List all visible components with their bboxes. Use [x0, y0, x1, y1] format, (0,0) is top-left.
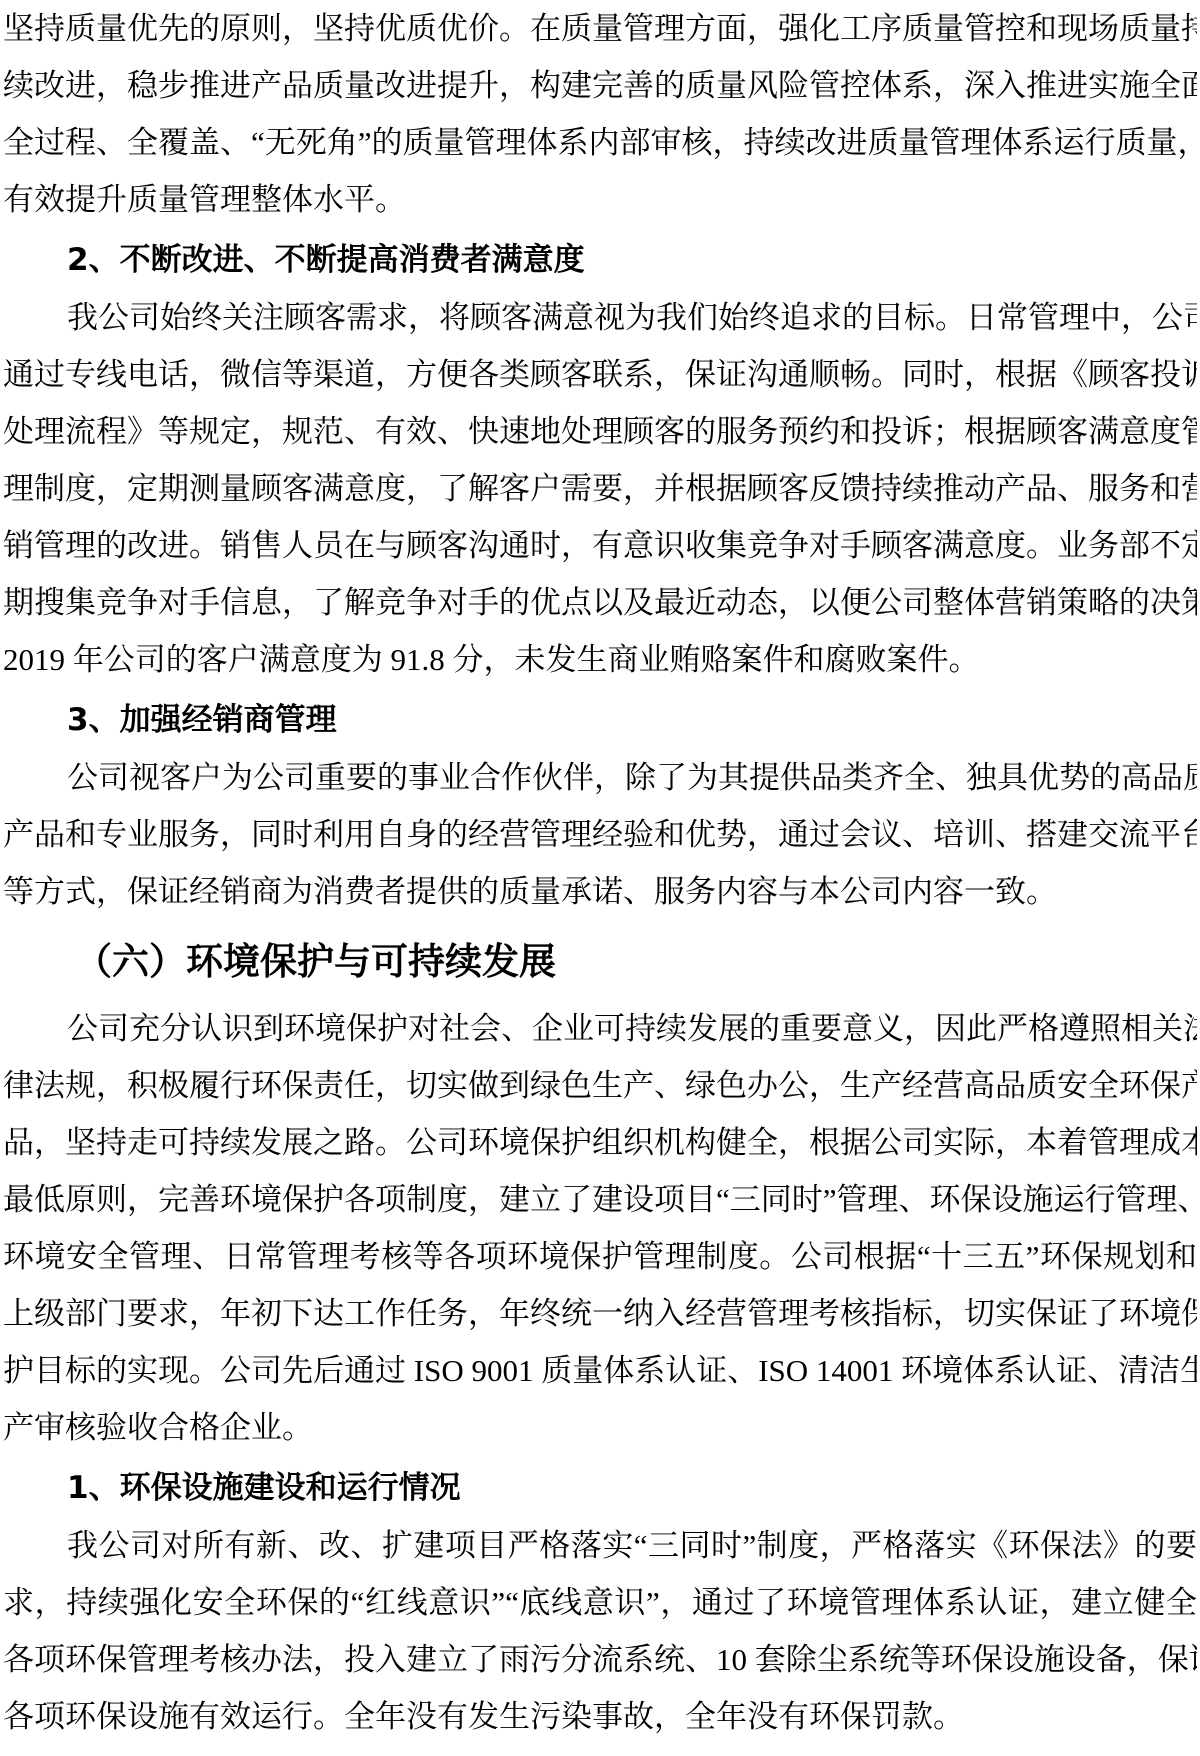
paragraph-environmental-facilities: 我公司对所有新、改、扩建项目严格落实“三同时”制度，严格落实《环保法》的要 求，… [3, 1517, 1197, 1745]
text-line: 各项环保设施有效运行。全年没有发生污染事故，全年没有环保罚款。 [3, 1688, 1197, 1745]
text-line: 产品和专业服务，同时利用自身的经营管理经验和优势，通过会议、培训、搭建交流平台 [3, 806, 1197, 863]
numbered-heading-dealer-management: 3、加强经销商管理 [3, 692, 1197, 749]
text-line: 销管理的改进。销售人员在与顾客沟通时，有意识收集竞争对手顾客满意度。业务部不定 [3, 517, 1197, 574]
text-line: 环境安全管理、日常管理考核等各项环境保护管理制度。公司根据“十三五”环保规划和 [3, 1228, 1197, 1285]
paragraph-dealer-management: 公司视客户为公司重要的事业合作伙伴，除了为其提供品类齐全、独具优势的高品质 产品… [3, 749, 1197, 920]
text-line: 最低原则，完善环境保护各项制度，建立了建设项目“三同时”管理、环保设施运行管理、 [3, 1171, 1197, 1228]
text-line: 律法规，积极履行环保责任，切实做到绿色生产、绿色办公，生产经营高品质安全环保产 [3, 1057, 1197, 1114]
text-line: 公司充分认识到环境保护对社会、企业可持续发展的重要意义，因此严格遵照相关法 [3, 1000, 1197, 1057]
text-line: 等方式，保证经销商为消费者提供的质量承诺、服务内容与本公司内容一致。 [3, 863, 1197, 920]
section-heading-environment: （六）环境保护与可持续发展 [3, 928, 1197, 998]
text-line: 上级部门要求，年初下达工作任务，年终统一纳入经营管理考核指标，切实保证了环境保 [3, 1285, 1197, 1342]
text-line: 有效提升质量管理整体水平。 [3, 171, 1197, 228]
numbered-heading-environmental-facilities: 1、环保设施建设和运行情况 [3, 1460, 1197, 1517]
paragraph-customer-satisfaction: 我公司始终关注顾客需求，将顾客满意视为我们始终追求的目标。日常管理中，公司 通过… [3, 289, 1197, 688]
document-page: 坚持质量优先的原则，坚持优质优价。在质量管理方面，强化工序质量管控和现场质量持 … [0, 0, 1200, 1756]
text-line: 全过程、全覆盖、“无死角”的质量管理体系内部审核，持续改进质量管理体系运行质量， [3, 114, 1197, 171]
numbered-heading-customer-satisfaction: 2、不断改进、不断提高消费者满意度 [3, 232, 1197, 289]
paragraph-quality-management: 坚持质量优先的原则，坚持优质优价。在质量管理方面，强化工序质量管控和现场质量持 … [3, 0, 1197, 228]
text-line: 求，持续强化安全环保的“红线意识”“底线意识”，通过了环境管理体系认证，建立健全 [3, 1574, 1197, 1631]
text-line: 护目标的实现。公司先后通过 ISO 9001 质量体系认证、ISO 14001 … [3, 1342, 1197, 1399]
paragraph-environment-overview: 公司充分认识到环境保护对社会、企业可持续发展的重要意义，因此严格遵照相关法 律法… [3, 1000, 1197, 1456]
text-line: 各项环保管理考核办法，投入建立了雨污分流系统、10 套除尘系统等环保设施设备，保… [3, 1631, 1197, 1688]
text-line: 2019 年公司的客户满意度为 91.8 分，未发生商业贿赂案件和腐败案件。 [3, 631, 1197, 688]
text-line: 我公司对所有新、改、扩建项目严格落实“三同时”制度，严格落实《环保法》的要 [3, 1517, 1197, 1574]
text-line: 理制度，定期测量顾客满意度，了解客户需要，并根据顾客反馈持续推动产品、服务和营 [3, 460, 1197, 517]
text-line: 公司视客户为公司重要的事业合作伙伴，除了为其提供品类齐全、独具优势的高品质 [3, 749, 1197, 806]
text-line: 通过专线电话，微信等渠道，方便各类顾客联系，保证沟通顺畅。同时，根据《顾客投诉 [3, 346, 1197, 403]
text-line: 续改进，稳步推进产品质量改进提升，构建完善的质量风险管控体系，深入推进实施全面、 [3, 57, 1197, 114]
text-line: 处理流程》等规定，规范、有效、快速地处理顾客的服务预约和投诉；根据顾客满意度管 [3, 403, 1197, 460]
text-line: 品，坚持走可持续发展之路。公司环境保护组织机构健全，根据公司实际，本着管理成本 [3, 1114, 1197, 1171]
text-line: 期搜集竞争对手信息，了解竞争对手的优点以及最近动态，以便公司整体营销策略的决策。 [3, 574, 1197, 631]
text-line: 我公司始终关注顾客需求，将顾客满意视为我们始终追求的目标。日常管理中，公司 [3, 289, 1197, 346]
text-line: 产审核验收合格企业。 [3, 1399, 1197, 1456]
text-line: 坚持质量优先的原则，坚持优质优价。在质量管理方面，强化工序质量管控和现场质量持 [3, 0, 1197, 57]
